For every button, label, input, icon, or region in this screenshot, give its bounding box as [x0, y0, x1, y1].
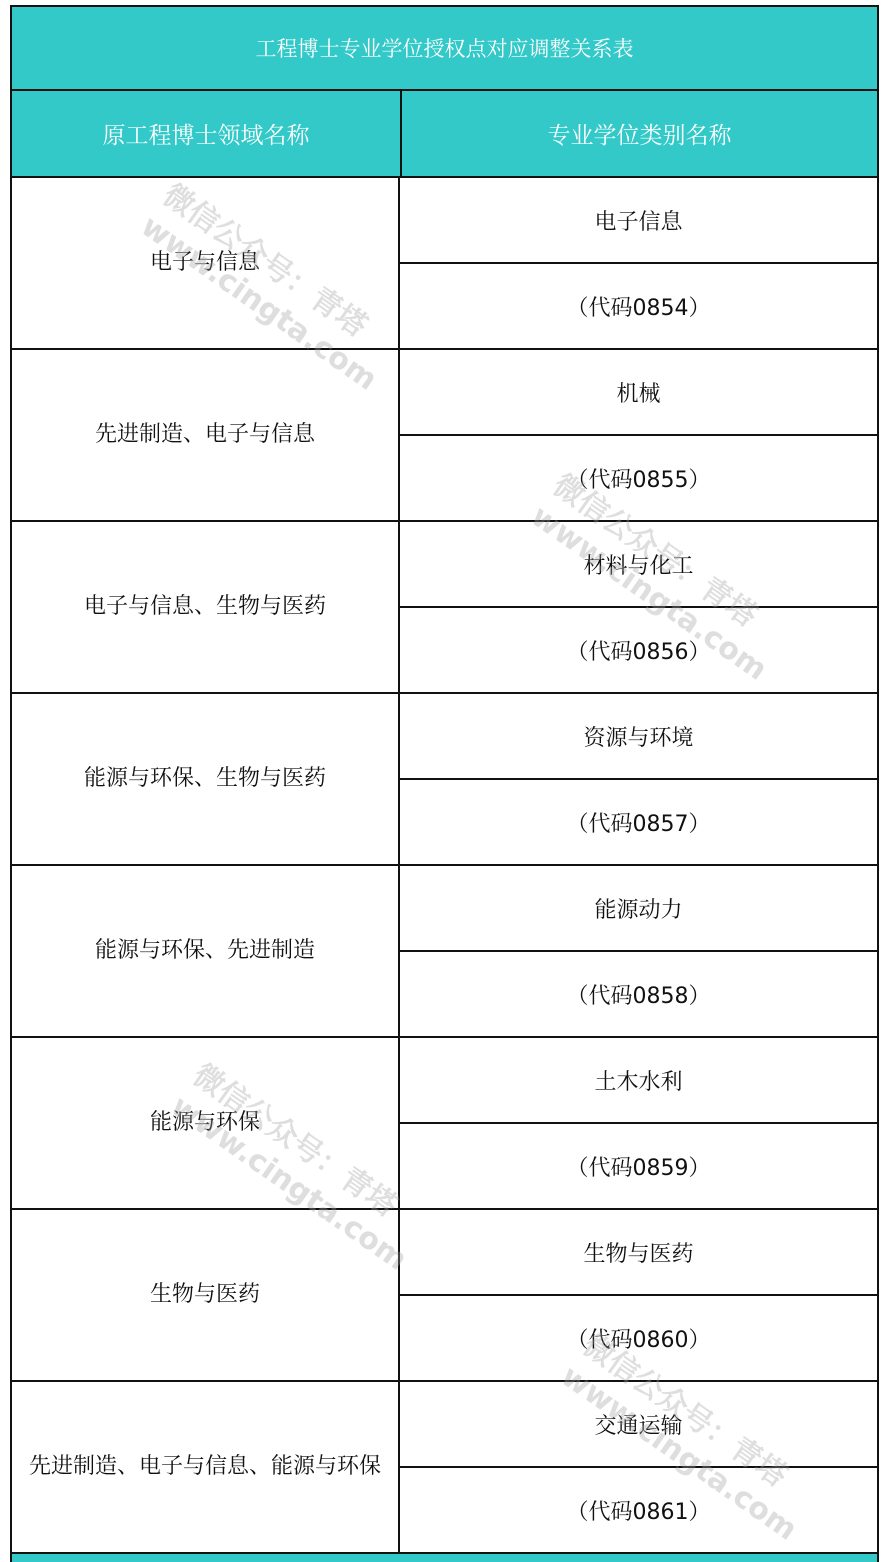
header-degree-category: 专业学位类别名称 — [402, 91, 877, 176]
original-field-cell: 电子与信息 — [12, 178, 400, 348]
code-cell: （代码0857） — [400, 780, 877, 864]
table-row: 先进制造、电子与信息 机械（代码0855） — [10, 350, 879, 522]
code-cell: （代码0859） — [400, 1124, 877, 1208]
category-cell: 生物与医药 — [400, 1210, 877, 1296]
table-row: 能源与环保 土木水利（代码0859） — [10, 1038, 879, 1210]
original-field-cell: 电子与信息、生物与医药 — [12, 522, 400, 692]
code-cell: （代码0854） — [400, 264, 877, 348]
code-cell: （代码0860） — [400, 1296, 877, 1380]
category-cell: 资源与环境 — [400, 694, 877, 780]
table-footer-bar — [10, 1554, 879, 1562]
original-field-cell: 能源与环保、先进制造 — [12, 866, 400, 1036]
table-header-row: 原工程博士领域名称 专业学位类别名称 — [10, 91, 879, 178]
original-field-cell: 能源与环保 — [12, 1038, 400, 1208]
original-field-cell: 生物与医药 — [12, 1210, 400, 1380]
table-row: 电子与信息、生物与医药 材料与化工（代码0856） — [10, 522, 879, 694]
header-original-field: 原工程博士领域名称 — [12, 91, 402, 176]
category-cell: 土木水利 — [400, 1038, 877, 1124]
code-cell: （代码0856） — [400, 608, 877, 692]
category-cell: 机械 — [400, 350, 877, 436]
category-cell: 电子信息 — [400, 178, 877, 264]
table-row: 能源与环保、生物与医药 资源与环境（代码0857） — [10, 694, 879, 866]
code-cell: （代码0855） — [400, 436, 877, 520]
table-row: 能源与环保、先进制造 能源动力（代码0858） — [10, 866, 879, 1038]
original-field-cell: 先进制造、电子与信息 — [12, 350, 400, 520]
code-cell: （代码0858） — [400, 952, 877, 1036]
table-row: 电子与信息 电子信息（代码0854） — [10, 178, 879, 350]
category-cell: 材料与化工 — [400, 522, 877, 608]
table-title: 工程博士专业学位授权点对应调整关系表 — [10, 5, 879, 91]
table-row: 生物与医药 生物与医药（代码0860） — [10, 1210, 879, 1382]
category-cell: 交通运输 — [400, 1382, 877, 1468]
code-cell: （代码0861） — [400, 1468, 877, 1552]
table-row: 先进制造、电子与信息、能源与环保 交通运输（代码0861） — [10, 1382, 879, 1554]
original-field-cell: 先进制造、电子与信息、能源与环保 — [12, 1382, 400, 1552]
original-field-cell: 能源与环保、生物与医药 — [12, 694, 400, 864]
degree-mapping-table: 工程博士专业学位授权点对应调整关系表 原工程博士领域名称 专业学位类别名称 电子… — [10, 5, 879, 1562]
category-cell: 能源动力 — [400, 866, 877, 952]
